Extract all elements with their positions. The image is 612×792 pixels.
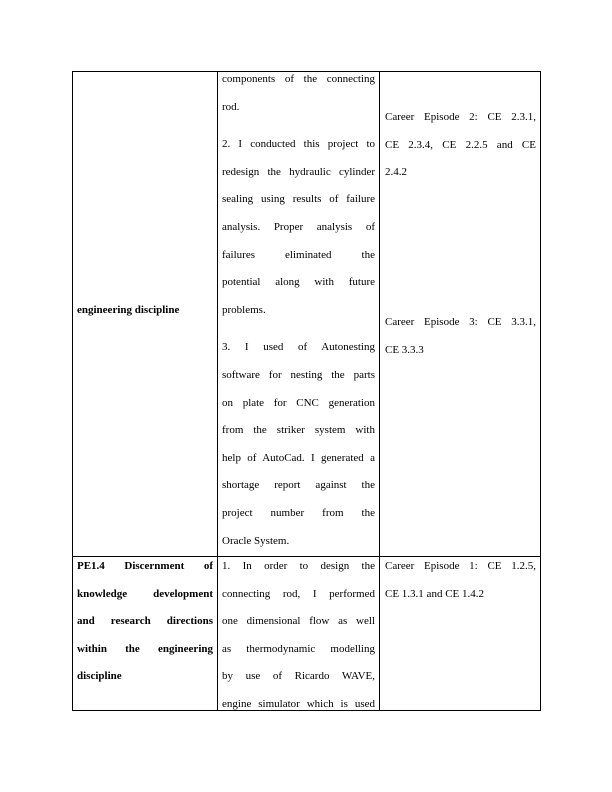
text-line: CE 2.3.4, CE 2.2.5 and CE xyxy=(385,132,536,160)
evidence-cell: components of the connecting rod. 2. I c… xyxy=(222,66,375,555)
competency-cell: engineering discipline xyxy=(77,297,213,325)
competency-label: engineering discipline xyxy=(77,297,213,325)
competency-label: PE1.4 Discernment of xyxy=(77,553,213,581)
text-line: problems. xyxy=(222,297,375,325)
reference-paragraph: Career Episode 1: CE 1.2.5, CE 1.3.1 and… xyxy=(385,553,536,608)
text-line: one dimensional flow as well xyxy=(222,608,375,636)
text-line: project number from the xyxy=(222,500,375,528)
text-line: 2. I conducted this project to xyxy=(222,131,375,159)
evidence-cell: 1. In order to design the connecting rod… xyxy=(222,553,375,719)
text-line: help of AutoCad. I generated a xyxy=(222,445,375,473)
text-line: engine simulator which is used xyxy=(222,691,375,719)
text-line: rod. xyxy=(222,94,375,122)
reference-cell: Career Episode 3: CE 3.3.1, CE 3.3.3 xyxy=(385,309,536,364)
text-line: potential along with future xyxy=(222,269,375,297)
text-line: components of the connecting xyxy=(222,66,375,94)
text-line: from the striker system with xyxy=(222,417,375,445)
text-line: software for nesting the parts xyxy=(222,362,375,390)
evidence-paragraph: 3. I used of Autonesting software for ne… xyxy=(222,334,375,555)
reference-paragraph: Career Episode 3: CE 3.3.1, CE 3.3.3 xyxy=(385,309,536,364)
text-line: Career Episode 2: CE 2.3.1, xyxy=(385,104,536,132)
text-line: shortage report against the xyxy=(222,472,375,500)
text-line: 2.4.2 xyxy=(385,159,536,187)
text-line: 1. In order to design the xyxy=(222,553,375,581)
competency-cell: PE1.4 Discernment of knowledge developme… xyxy=(77,553,213,691)
reference-paragraph: Career Episode 2: CE 2.3.1, CE 2.3.4, CE… xyxy=(385,104,536,187)
evidence-paragraph: 2. I conducted this project to redesign … xyxy=(222,131,375,324)
text-line: analysis. Proper analysis of xyxy=(222,214,375,242)
text-line: connecting rod, I performed xyxy=(222,581,375,609)
text-line: as thermodynamic modelling xyxy=(222,636,375,664)
text-line: by use of Ricardo WAVE, xyxy=(222,663,375,691)
text-line: CE 3.3.3 xyxy=(385,337,536,365)
competency-label: and research directions xyxy=(77,608,213,636)
competency-table: engineering discipline components of the… xyxy=(72,71,541,711)
text-line: on plate for CNC generation xyxy=(222,390,375,418)
text-line: failures eliminated the xyxy=(222,242,375,270)
reference-cell: Career Episode 2: CE 2.3.1, CE 2.3.4, CE… xyxy=(385,104,536,187)
competency-label: knowledge development xyxy=(77,581,213,609)
text-line: Career Episode 3: CE 3.3.1, xyxy=(385,309,536,337)
text-line: 3. I used of Autonesting xyxy=(222,334,375,362)
competency-label: discipline xyxy=(77,663,213,691)
text-line: redesign the hydraulic cylinder xyxy=(222,159,375,187)
column-divider xyxy=(379,72,380,710)
evidence-paragraph: components of the connecting rod. xyxy=(222,66,375,121)
text-line: sealing using results of failure xyxy=(222,186,375,214)
text-line: CE 1.3.1 and CE 1.4.2 xyxy=(385,581,536,609)
competency-label: within the engineering xyxy=(77,636,213,664)
reference-cell: Career Episode 1: CE 1.2.5, CE 1.3.1 and… xyxy=(385,553,536,608)
column-divider xyxy=(217,72,218,710)
text-line: Oracle System. xyxy=(222,528,375,556)
text-line: Career Episode 1: CE 1.2.5, xyxy=(385,553,536,581)
evidence-paragraph: 1. In order to design the connecting rod… xyxy=(222,553,375,719)
